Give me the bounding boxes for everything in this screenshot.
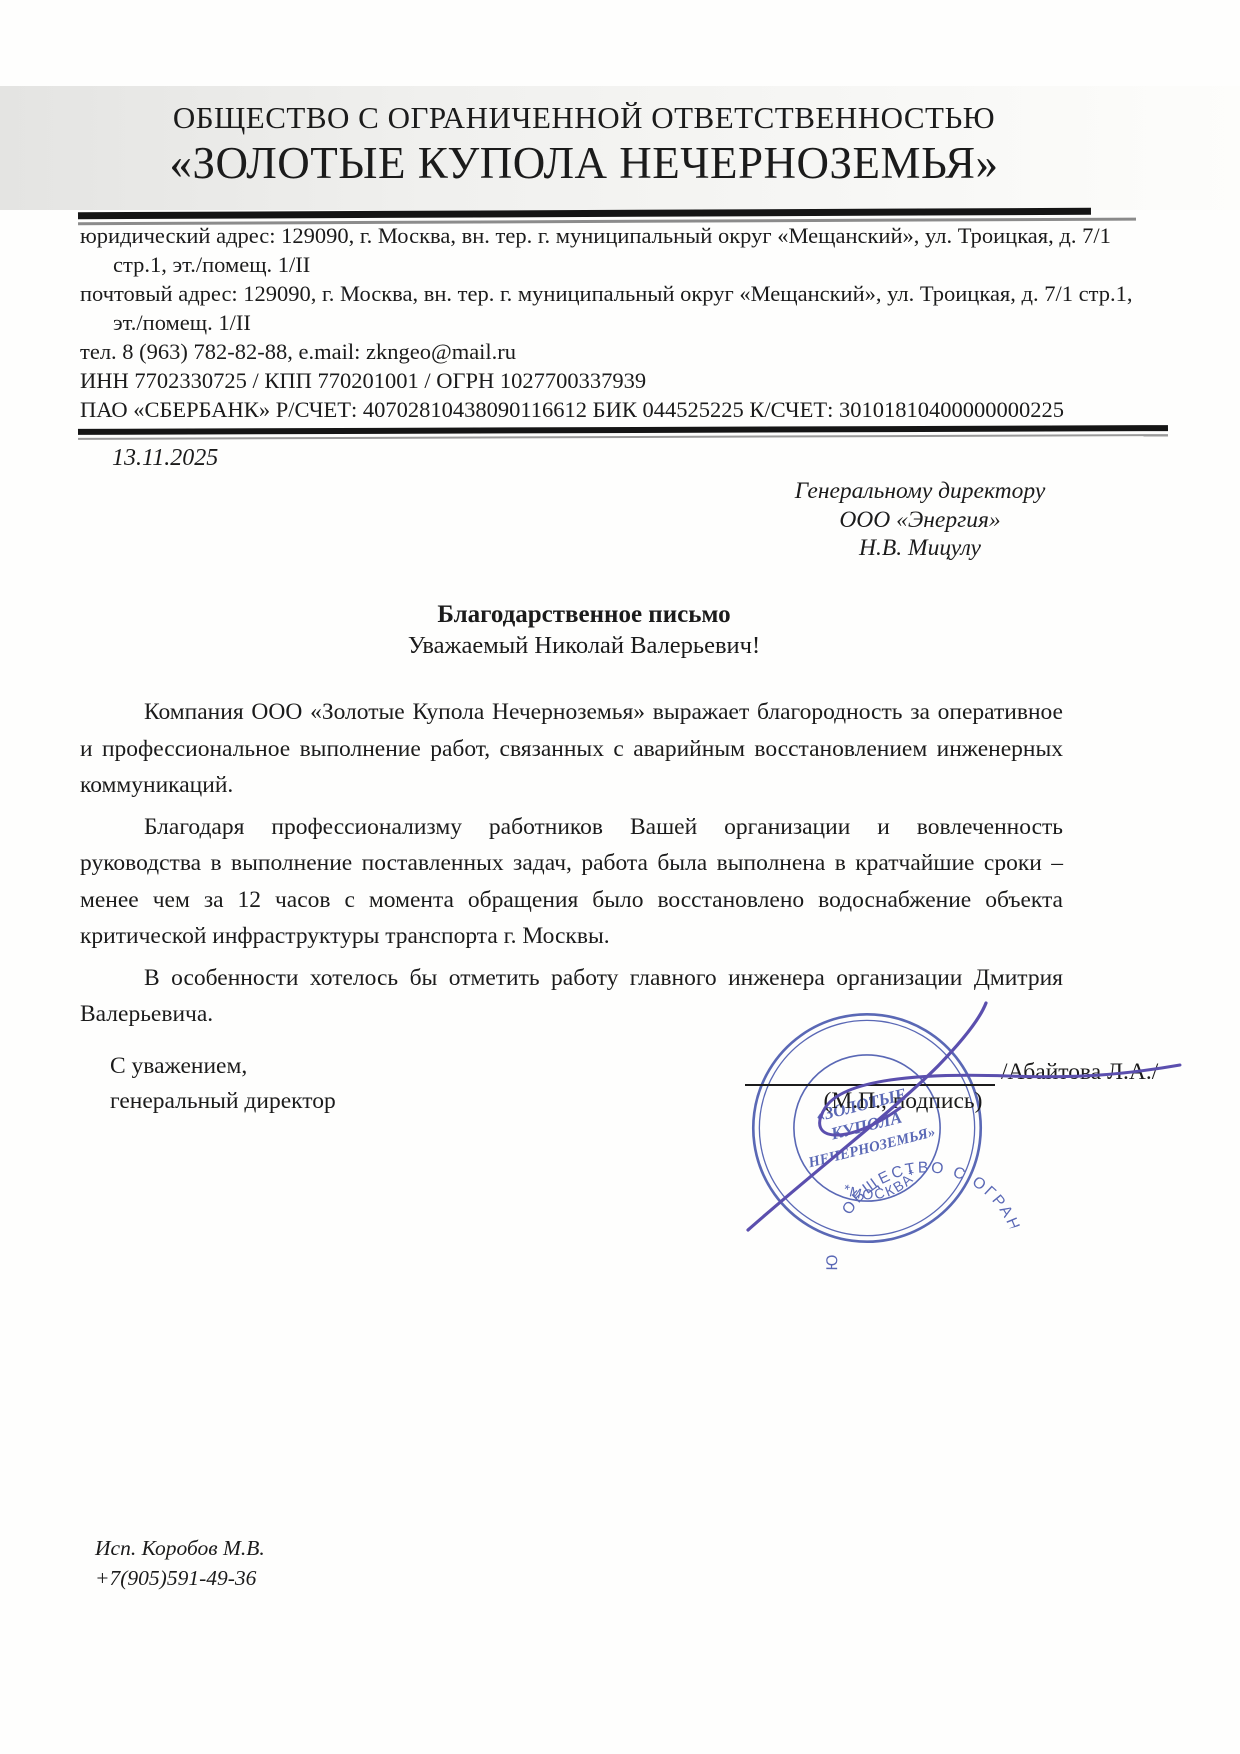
executor-block: Исп. Коробов М.В. +7(905)591-49-36 [95,1533,265,1593]
inn-kpp-ogrn-line: ИНН 7702330725 / КПП 770201001 / ОГРН 10… [80,366,1172,395]
addressee-block: Генеральному директору ООО «Энергия» Н.В… [775,477,1065,563]
signature-stroke-loop [820,1065,1180,1135]
org-type: ОБЩЕСТВО С ОГРАНИЧЕННОЙ ОТВЕТСТВЕННОСТЬЮ [78,100,1090,136]
scanned-letter-page: ОБЩЕСТВО С ОГРАНИЧЕННОЙ ОТВЕТСТВЕННОСТЬЮ… [0,0,1240,1754]
phone-email-line: тел. 8 (963) 782-82-88, e.mail: zkngeo@m… [80,337,1172,366]
divider-bar-thick [78,425,1168,435]
org-name: «ЗОЛОТЫЕ КУПОЛА НЕЧЕРНОЗЕМЬЯ» [78,137,1090,189]
salutation: Уважаемый Николай Валерьевич! [78,632,1090,660]
closing-position: генеральный директор [110,1084,336,1119]
closing-block: С уважением, генеральный директор [110,1049,336,1119]
handwritten-signature [688,988,1188,1248]
letterhead: ОБЩЕСТВО С ОГРАНИЧЕННОЙ ОТВЕТСТВЕННОСТЬЮ… [78,100,1090,189]
executor-name: Исп. Коробов М.В. [95,1533,265,1563]
bank-details-line: ПАО «СБЕРБАНК» Р/СЧЕТ: 40702810438090116… [80,395,1172,424]
executor-phone: +7(905)591-49-36 [95,1563,265,1593]
closing-regards: С уважением, [110,1049,336,1084]
letterhead-details: юридический адрес: 129090, г. Москва, вн… [80,221,1172,424]
letter-title: Благодарственное письмо [78,601,1090,629]
postal-address-cont: эт./помещ. 1/II [80,308,1172,337]
paragraph-1: Компания ООО «Золотые Купола Нечерноземь… [80,694,1063,804]
signature-stroke-main [748,1003,986,1230]
legal-address-cont: стр.1, эт./помещ. 1/II [80,250,1172,279]
addressee-company: ООО «Энергия» [775,506,1065,535]
postal-address-line: почтовый адрес: 129090, г. Москва, вн. т… [80,279,1172,308]
letterhead-divider-bottom [78,425,1168,440]
letter-date: 13.11.2025 [112,445,218,472]
legal-address-line: юридический адрес: 129090, г. Москва, вн… [80,221,1172,250]
addressee-position: Генеральному директору [775,477,1065,506]
divider-bar-thin [78,434,1168,440]
paragraph-2: Благодаря профессионализму работников Ва… [80,809,1063,955]
addressee-name: Н.В. Мицулу [775,534,1065,563]
